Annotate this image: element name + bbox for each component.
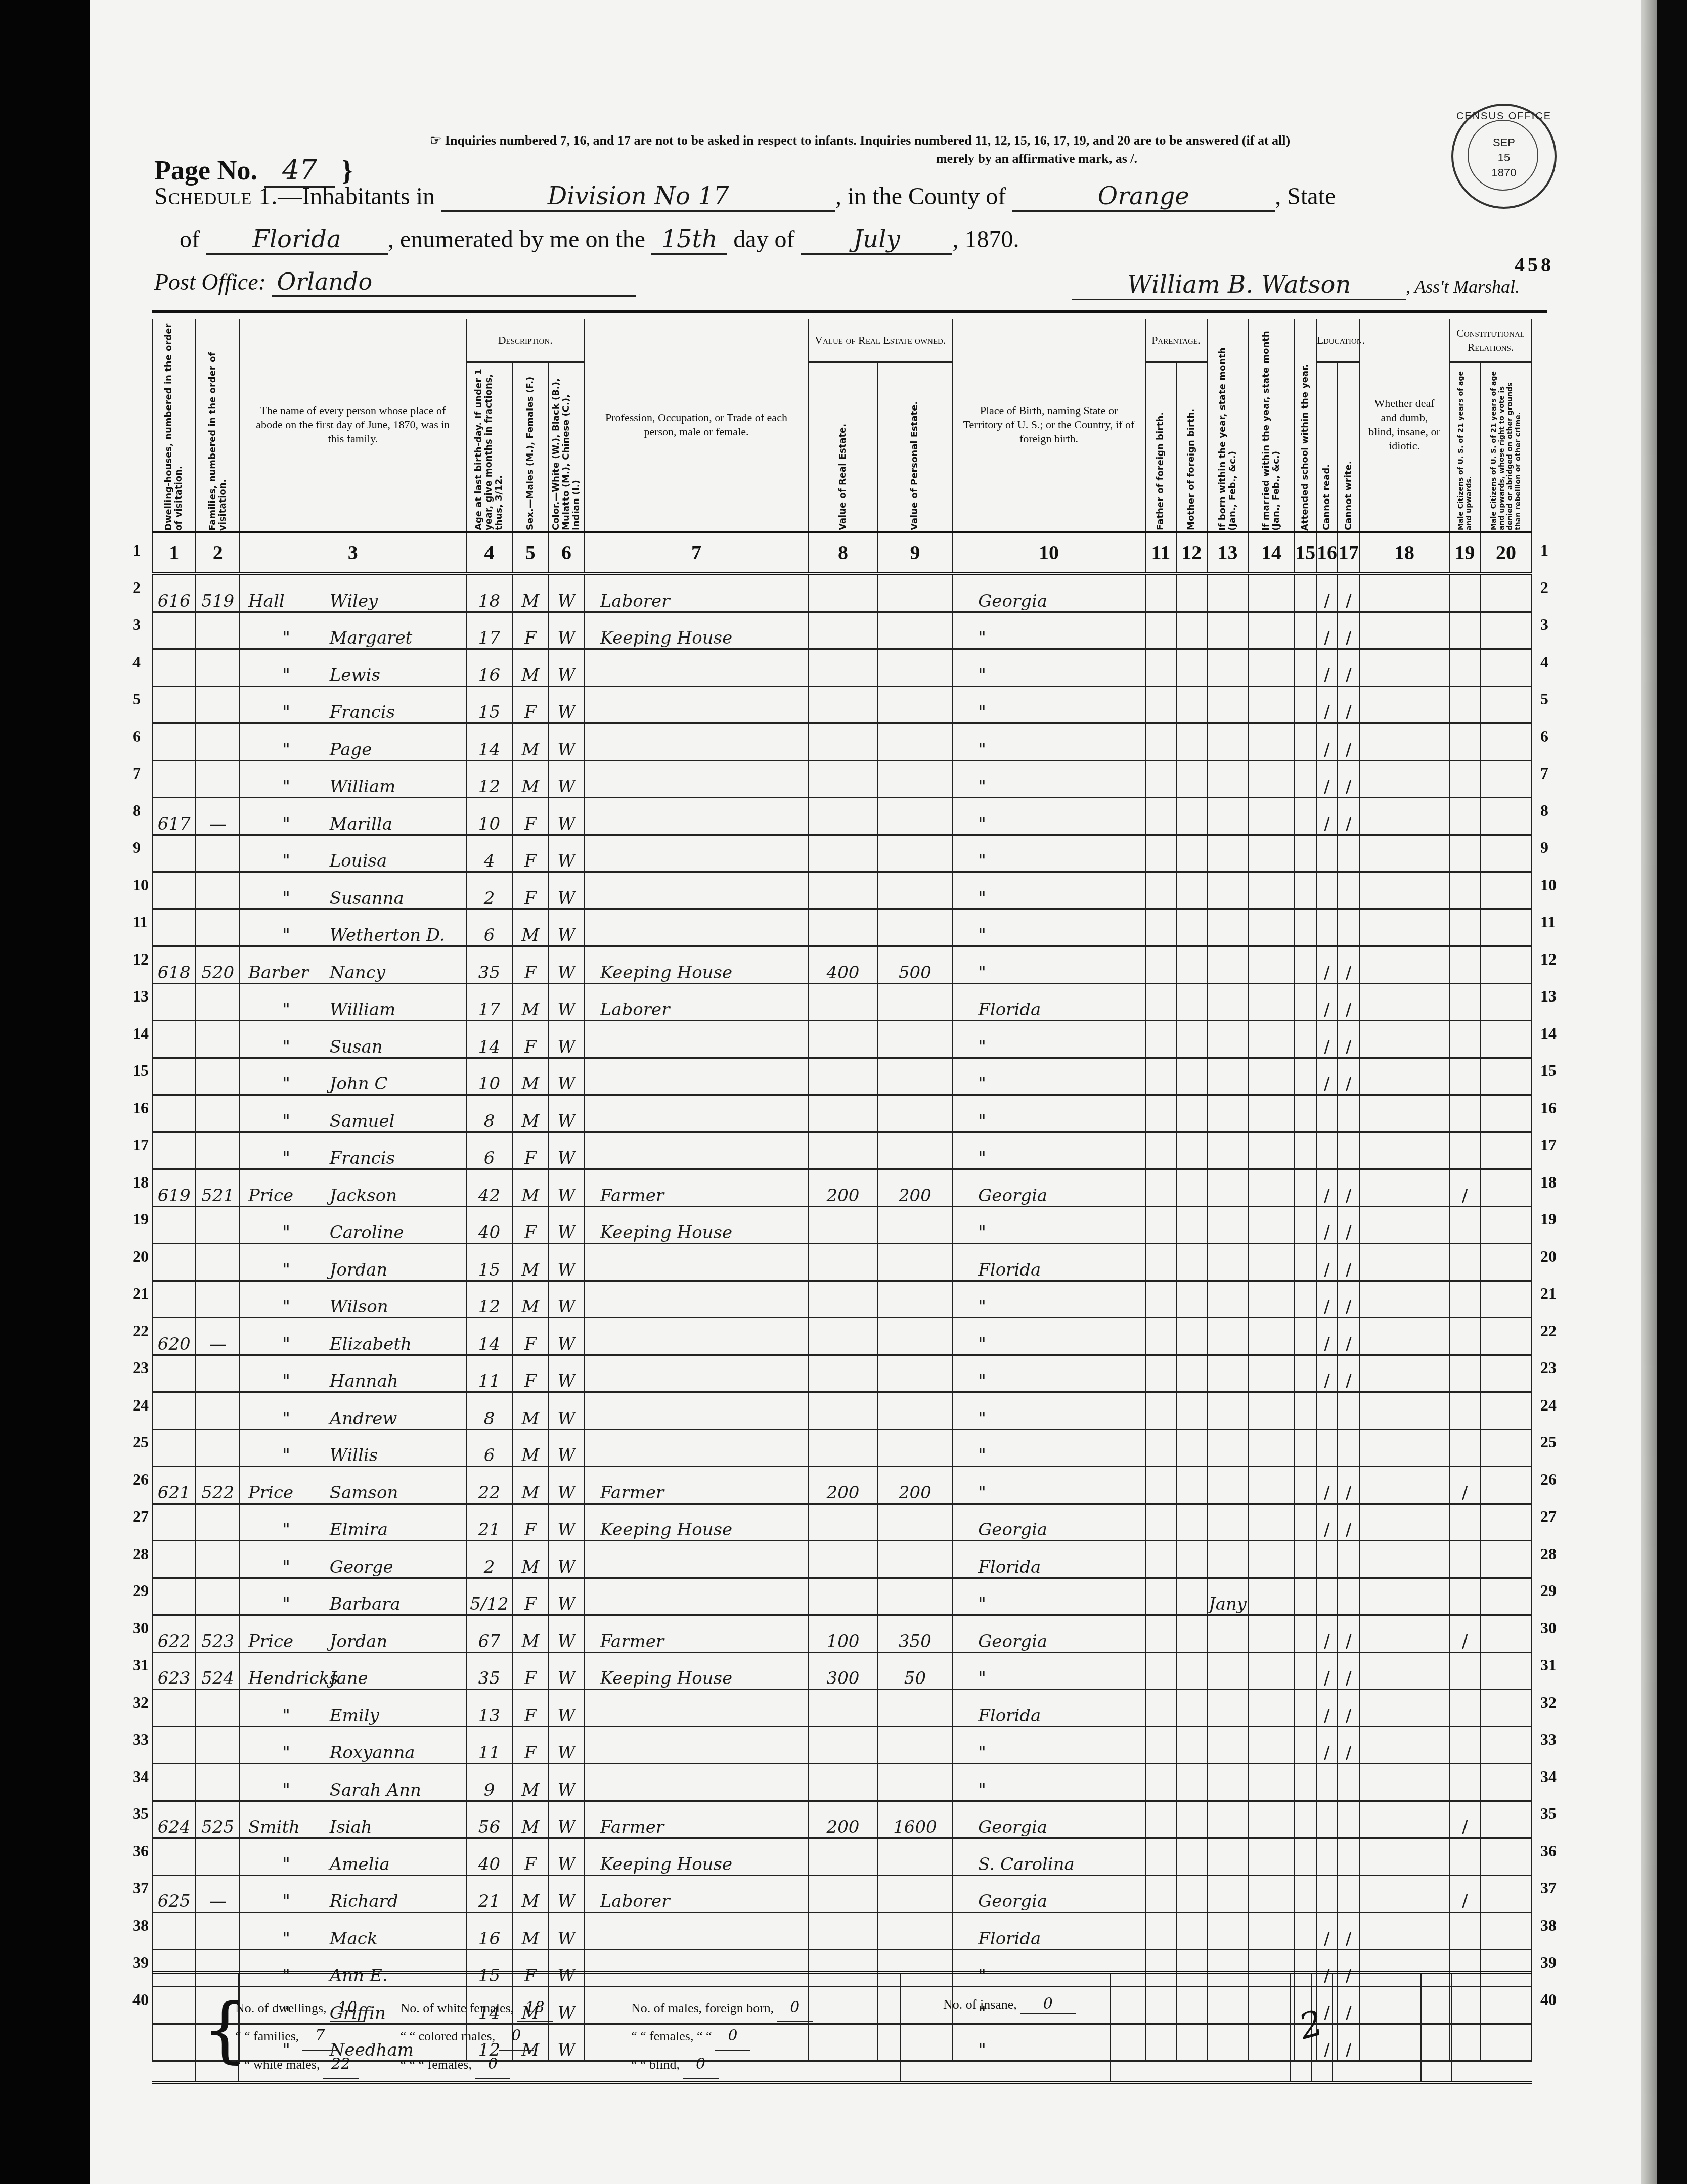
age: 2 — [466, 872, 513, 909]
mother-foreign-birth — [1176, 1058, 1207, 1095]
occupation: Farmer — [585, 1615, 809, 1653]
given-name: Emily — [330, 1706, 379, 1726]
of-label: of — [180, 226, 200, 253]
family-number — [196, 1355, 239, 1392]
sex: M — [512, 1058, 548, 1095]
sex: F — [512, 835, 548, 872]
line-number: 17 — [132, 1135, 149, 1154]
person-name: " William — [240, 983, 466, 1021]
sex: M — [512, 1801, 548, 1838]
line-number: 31 — [1540, 1656, 1557, 1674]
sex: M — [512, 1281, 548, 1318]
age: 15 — [466, 686, 513, 723]
col-header-citizens-21: Male Citizens of U. S. of 21 years of ag… — [1449, 362, 1480, 532]
family-number — [196, 1578, 239, 1615]
married-within-year — [1248, 1095, 1295, 1132]
table-row: 618520Barber Nancy35FWKeeping House40050… — [152, 946, 1532, 984]
vote-denied — [1480, 1392, 1532, 1430]
table-row: " Page14MW"// — [152, 723, 1532, 761]
born-within-year — [1207, 1504, 1248, 1541]
occupation: Keeping House — [585, 946, 809, 984]
family-number: — — [196, 1875, 239, 1913]
mother-foreign-birth — [1176, 872, 1207, 909]
father-foreign-birth — [1145, 1875, 1176, 1913]
cannot-read: / — [1316, 612, 1338, 649]
cannot-write — [1338, 835, 1359, 872]
male-citizen-21 — [1449, 649, 1480, 687]
cannot-read: / — [1316, 1913, 1338, 1950]
family-number — [196, 1206, 239, 1244]
personal-estate-value — [878, 835, 953, 872]
attended-school — [1295, 1467, 1316, 1504]
occupation: Keeping House — [585, 1504, 809, 1541]
white-females-count: 18 — [517, 1994, 553, 2022]
table-row: " Lewis16MW"// — [152, 649, 1532, 687]
age: 14 — [466, 1021, 513, 1058]
sex: M — [512, 649, 548, 687]
born-within-year — [1207, 1429, 1248, 1467]
infirmity — [1359, 1467, 1449, 1504]
table-row: " Amelia40FWKeeping HouseS. Carolina — [152, 1838, 1532, 1876]
marshal-title: , Ass't Marshal. — [1406, 277, 1520, 297]
person-name: " Caroline — [240, 1206, 466, 1244]
real-estate-value — [808, 649, 877, 687]
born-within-year — [1207, 1913, 1248, 1950]
mother-foreign-birth — [1176, 1913, 1207, 1950]
occupation — [585, 723, 809, 761]
line-number: 37 — [1540, 1879, 1557, 1897]
dwelling-number — [152, 1058, 196, 1095]
insane-count: 0 — [1020, 1995, 1076, 2014]
cannot-read: / — [1316, 1652, 1338, 1690]
year-label: , 1870. — [952, 226, 1019, 253]
infirmity — [1359, 1429, 1449, 1467]
vote-denied — [1480, 1355, 1532, 1392]
attended-school — [1295, 1801, 1316, 1838]
vote-denied — [1480, 1690, 1532, 1727]
sex: F — [512, 1652, 548, 1690]
line-number: 6 — [132, 727, 141, 746]
age: 42 — [466, 1169, 513, 1207]
attended-school — [1295, 1504, 1316, 1541]
schedule-text: —Inhabitants in — [278, 183, 435, 210]
father-foreign-birth — [1145, 1429, 1176, 1467]
color: W — [548, 1169, 584, 1207]
color: W — [548, 1690, 584, 1727]
sex: M — [512, 723, 548, 761]
group-description: Description. — [466, 318, 585, 362]
summary-counts: No. of dwellings, 10 No. of white female… — [235, 1994, 854, 2079]
colored-females-label: “ “ “ females, — [401, 2057, 472, 2072]
father-foreign-birth — [1145, 1838, 1176, 1876]
age: 21 — [466, 1875, 513, 1913]
married-within-year — [1248, 1801, 1295, 1838]
color: W — [548, 1913, 584, 1950]
line-number: 15 — [132, 1061, 149, 1080]
family-number — [196, 1429, 239, 1467]
dwelling-number — [152, 1429, 196, 1467]
col-header-occupation: Profession, Occupation, or Trade of each… — [585, 318, 809, 532]
line-number: 33 — [132, 1730, 149, 1749]
line-number: 32 — [132, 1693, 149, 1712]
mother-foreign-birth — [1176, 909, 1207, 946]
color: W — [548, 1875, 584, 1913]
line-number: 22 — [1540, 1322, 1557, 1340]
line-number: 36 — [1540, 1842, 1557, 1860]
infirmity — [1359, 1690, 1449, 1727]
born-within-year — [1207, 1838, 1248, 1876]
cannot-read — [1316, 835, 1338, 872]
married-within-year — [1248, 1281, 1295, 1318]
marshal-signature-line: William B. Watson, Ass't Marshal. — [1072, 270, 1520, 300]
cannot-read: / — [1316, 1690, 1338, 1727]
color: W — [548, 1726, 584, 1764]
occupation: Farmer — [585, 1467, 809, 1504]
line-number: 14 — [132, 1024, 149, 1043]
stamp-month: SEP — [1453, 136, 1555, 149]
col-header-married-within-year: If married within the year, state month … — [1248, 318, 1295, 532]
line-number: 25 — [1540, 1433, 1557, 1451]
table-row: " Caroline40FWKeeping House"// — [152, 1206, 1532, 1244]
family-number — [196, 1838, 239, 1876]
given-name: Mack — [330, 1929, 378, 1949]
attended-school — [1295, 649, 1316, 687]
color: W — [548, 760, 584, 798]
schedule-line: Schedule 1.—Inhabitants in Division No 1… — [154, 182, 1336, 212]
dwelling-number: 621 — [152, 1467, 196, 1504]
occupation — [585, 1690, 809, 1727]
line-number: 19 — [1540, 1210, 1557, 1228]
color: W — [548, 1541, 584, 1578]
age: 15 — [466, 1244, 513, 1281]
father-foreign-birth — [1145, 946, 1176, 984]
dwelling-number — [152, 1206, 196, 1244]
surname: Price — [248, 1186, 324, 1206]
married-within-year — [1248, 1726, 1295, 1764]
personal-estate-value — [878, 1058, 953, 1095]
color: W — [548, 1429, 584, 1467]
married-within-year — [1248, 946, 1295, 984]
married-within-year — [1248, 1578, 1295, 1615]
male-citizen-21 — [1449, 1838, 1480, 1876]
father-foreign-birth — [1145, 909, 1176, 946]
cannot-read: / — [1316, 574, 1338, 612]
age: 67 — [466, 1615, 513, 1653]
surname: " — [248, 1297, 324, 1317]
table-row: " John C10MW"// — [152, 1058, 1532, 1095]
cannot-read — [1316, 1541, 1338, 1578]
married-within-year — [1248, 1875, 1295, 1913]
person-name: " Hannah — [240, 1355, 466, 1392]
age: 11 — [466, 1726, 513, 1764]
white-males-count: 22 — [323, 2051, 359, 2079]
attended-school — [1295, 1318, 1316, 1355]
real-estate-value: 300 — [808, 1652, 877, 1690]
attended-school — [1295, 983, 1316, 1021]
male-citizen-21 — [1449, 574, 1480, 612]
father-foreign-birth — [1145, 1355, 1176, 1392]
occupation: Laborer — [585, 1875, 809, 1913]
cannot-write: / — [1338, 983, 1359, 1021]
col-header-personal-estate: Value of Personal Estate. — [878, 362, 953, 532]
personal-estate-value — [878, 760, 953, 798]
married-within-year — [1248, 1764, 1295, 1801]
cannot-write — [1338, 1132, 1359, 1169]
married-within-year — [1248, 1132, 1295, 1169]
person-name: " Andrew — [240, 1392, 466, 1430]
mother-foreign-birth — [1176, 1690, 1207, 1727]
married-within-year — [1248, 574, 1295, 612]
table-row: 619521Price Jackson42MWFarmer200200Georg… — [152, 1169, 1532, 1207]
real-estate-value — [808, 1206, 877, 1244]
line-number: 40 — [1540, 1990, 1557, 2009]
age: 2 — [466, 1541, 513, 1578]
dwelling-number: 624 — [152, 1801, 196, 1838]
occupation — [585, 1392, 809, 1430]
cannot-read: / — [1316, 946, 1338, 984]
dwelling-number — [152, 1244, 196, 1281]
dwelling-number — [152, 1132, 196, 1169]
table-row: 622523Price Jordan67MWFarmer100350Georgi… — [152, 1615, 1532, 1653]
person-name: " Louisa — [240, 835, 466, 872]
column-numbers-row: 1234567891011121314151617181920 — [152, 532, 1532, 574]
cannot-read: / — [1316, 649, 1338, 687]
father-foreign-birth — [1145, 1504, 1176, 1541]
cannot-write: / — [1338, 1913, 1359, 1950]
married-within-year — [1248, 1169, 1295, 1207]
occupation — [585, 909, 809, 946]
personal-estate-value — [878, 1838, 953, 1876]
attended-school — [1295, 612, 1316, 649]
male-citizen-21 — [1449, 798, 1480, 835]
age: 14 — [466, 1318, 513, 1355]
infirmity — [1359, 1838, 1449, 1876]
line-number: 18 — [132, 1173, 149, 1192]
sex: F — [512, 1318, 548, 1355]
person-name: " William — [240, 760, 466, 798]
summary-divider — [1290, 1974, 1291, 2081]
vote-denied — [1480, 1652, 1532, 1690]
personal-estate-value — [878, 1392, 953, 1430]
father-foreign-birth — [1145, 835, 1176, 872]
line-number: 23 — [1540, 1358, 1557, 1377]
table-row: 616519Hall Wiley18MWLaborerGeorgia// — [152, 574, 1532, 612]
attended-school — [1295, 760, 1316, 798]
attended-school — [1295, 1206, 1316, 1244]
dwelling-number — [152, 983, 196, 1021]
column-number: 11 — [1145, 532, 1176, 574]
sex: F — [512, 1206, 548, 1244]
infirmity — [1359, 1913, 1449, 1950]
mother-foreign-birth — [1176, 1467, 1207, 1504]
male-citizen-21 — [1449, 872, 1480, 909]
personal-estate-value — [878, 798, 953, 835]
cannot-read: / — [1316, 1058, 1338, 1095]
dwelling-number — [152, 1021, 196, 1058]
surname: " — [248, 628, 324, 648]
cannot-write: / — [1338, 1615, 1359, 1653]
place-of-birth: " — [952, 760, 1145, 798]
real-estate-value — [808, 1726, 877, 1764]
born-within-year — [1207, 1541, 1248, 1578]
given-name: Jordan — [330, 1260, 387, 1280]
page-summary: { No. of dwellings, 10 No. of white fema… — [152, 1971, 1532, 2084]
line-number: 3 — [1540, 615, 1548, 634]
table-row: " William12MW"// — [152, 760, 1532, 798]
family-number — [196, 1021, 239, 1058]
male-citizen-21 — [1449, 1318, 1480, 1355]
real-estate-value — [808, 909, 877, 946]
line-number: 38 — [1540, 1916, 1557, 1935]
infirmity — [1359, 798, 1449, 835]
attended-school — [1295, 1690, 1316, 1727]
color: W — [548, 1838, 584, 1876]
attended-school — [1295, 1429, 1316, 1467]
day-of-label: day of — [733, 226, 794, 253]
cannot-write: / — [1338, 649, 1359, 687]
age: 6 — [466, 1132, 513, 1169]
surname: " — [248, 665, 324, 686]
male-citizen-21 — [1449, 1392, 1480, 1430]
male-citizen-21 — [1449, 1281, 1480, 1318]
sex: F — [512, 612, 548, 649]
occupation — [585, 760, 809, 798]
surname: " — [248, 999, 324, 1020]
sex: M — [512, 1467, 548, 1504]
surname: Price — [248, 1631, 324, 1652]
family-number — [196, 612, 239, 649]
vote-denied — [1480, 1504, 1532, 1541]
mother-foreign-birth — [1176, 1095, 1207, 1132]
vote-denied — [1480, 1467, 1532, 1504]
male-citizen-21 — [1449, 946, 1480, 984]
born-within-year — [1207, 612, 1248, 649]
dwelling-number — [152, 1355, 196, 1392]
place-of-birth: " — [952, 1578, 1145, 1615]
col-header-infirmities: Whether deaf and dumb, blind, insane, or… — [1359, 318, 1449, 532]
mother-foreign-birth — [1176, 798, 1207, 835]
colored-males-count: 0 — [499, 2022, 534, 2051]
given-name: Louisa — [330, 851, 387, 871]
age: 16 — [466, 1913, 513, 1950]
column-number: 6 — [548, 532, 584, 574]
personal-estate-value — [878, 1726, 953, 1764]
mother-foreign-birth — [1176, 1875, 1207, 1913]
real-estate-value: 200 — [808, 1801, 877, 1838]
surname: " — [248, 1854, 324, 1875]
infirmity — [1359, 1726, 1449, 1764]
male-citizen-21: / — [1449, 1875, 1480, 1913]
personal-estate-value — [878, 1095, 953, 1132]
occupation — [585, 1095, 809, 1132]
surname: Hall — [248, 591, 324, 611]
given-name: Samuel — [330, 1111, 395, 1131]
place-of-birth: " — [952, 946, 1145, 984]
vote-denied — [1480, 612, 1532, 649]
born-within-year — [1207, 686, 1248, 723]
cannot-read — [1316, 1801, 1338, 1838]
color: W — [548, 1764, 584, 1801]
personal-estate-value — [878, 1132, 953, 1169]
place-of-birth: " — [952, 686, 1145, 723]
place-of-birth: " — [952, 1392, 1145, 1430]
line-number: 34 — [132, 1767, 149, 1786]
line-number: 16 — [1540, 1099, 1557, 1117]
summary-divider — [1451, 1974, 1452, 2081]
cannot-write: / — [1338, 1467, 1359, 1504]
infirmity — [1359, 872, 1449, 909]
father-foreign-birth — [1145, 1764, 1176, 1801]
family-number — [196, 686, 239, 723]
cannot-write: / — [1338, 798, 1359, 835]
post-office-line: Post Office: Orlando — [154, 268, 636, 297]
family-number — [196, 1690, 239, 1727]
person-name: " Jordan — [240, 1244, 466, 1281]
attended-school — [1295, 835, 1316, 872]
cannot-read: / — [1316, 686, 1338, 723]
col-header-age: Age at last birth-day. If under 1 year, … — [466, 362, 513, 532]
vote-denied — [1480, 1244, 1532, 1281]
age: 35 — [466, 1652, 513, 1690]
surname: Price — [248, 1483, 324, 1503]
color: W — [548, 574, 584, 612]
father-foreign-birth — [1145, 1726, 1176, 1764]
line-number: 31 — [132, 1656, 149, 1674]
attended-school — [1295, 1578, 1316, 1615]
born-within-year — [1207, 1355, 1248, 1392]
occupation — [585, 1021, 809, 1058]
born-within-year — [1207, 1058, 1248, 1095]
place-of-birth: " — [952, 1652, 1145, 1690]
infirmity — [1359, 1578, 1449, 1615]
occupation: Farmer — [585, 1801, 809, 1838]
dwelling-number — [152, 1578, 196, 1615]
foreign-males-count: 0 — [777, 1994, 813, 2022]
married-within-year — [1248, 983, 1295, 1021]
real-estate-value — [808, 760, 877, 798]
place-of-birth: Georgia — [952, 1875, 1145, 1913]
foreign-males-label: No. of males, foreign born, — [631, 2000, 774, 2015]
place-of-birth: Florida — [952, 1913, 1145, 1950]
born-within-year — [1207, 1690, 1248, 1727]
family-number: 524 — [196, 1652, 239, 1690]
tally-mark: 2 — [1295, 2002, 1327, 2048]
person-name: " Margaret — [240, 612, 466, 649]
real-estate-value — [808, 1764, 877, 1801]
family-number: — — [196, 798, 239, 835]
place-of-birth: Georgia — [952, 574, 1145, 612]
age: 40 — [466, 1206, 513, 1244]
father-foreign-birth — [1145, 1206, 1176, 1244]
person-name: " George — [240, 1541, 466, 1578]
male-citizen-21 — [1449, 1764, 1480, 1801]
family-number: — — [196, 1318, 239, 1355]
vote-denied — [1480, 909, 1532, 946]
foreign-females-count: 0 — [715, 2022, 750, 2051]
infirmity — [1359, 1169, 1449, 1207]
occupation: Keeping House — [585, 1838, 809, 1876]
given-name: Jordan — [330, 1631, 387, 1652]
place-of-birth: Georgia — [952, 1504, 1145, 1541]
surname: Hendricks — [248, 1668, 324, 1689]
vote-denied — [1480, 1206, 1532, 1244]
place-of-birth: Florida — [952, 1541, 1145, 1578]
personal-estate-value — [878, 1429, 953, 1467]
place-of-birth: " — [952, 872, 1145, 909]
line-number: 36 — [132, 1842, 149, 1860]
personal-estate-value — [878, 612, 953, 649]
white-females-label: No. of white females, — [401, 2000, 514, 2015]
